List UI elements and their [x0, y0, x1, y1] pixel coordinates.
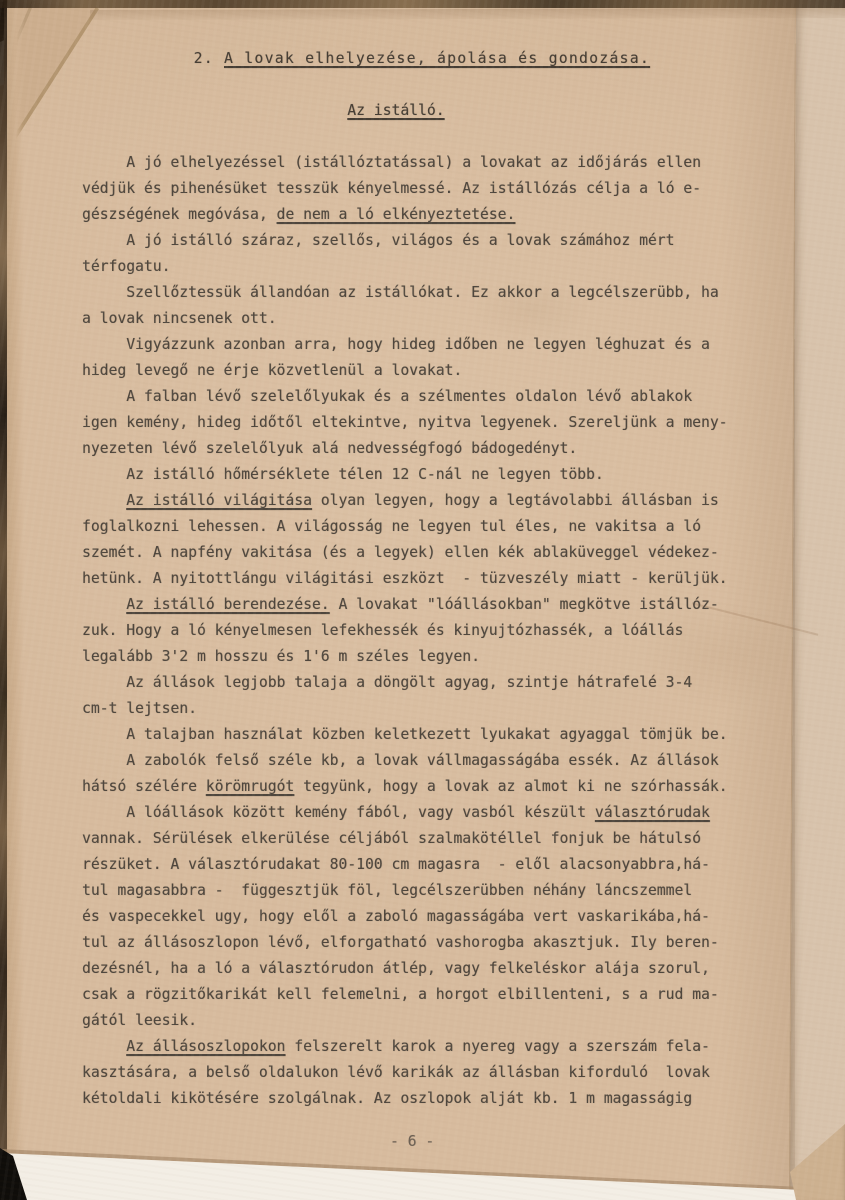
text-segment: térfogatu. — [82, 258, 170, 275]
text-line: térfogatu. — [82, 254, 802, 280]
text-line: tul magasabbra - függesztjük föl, legcél… — [82, 878, 802, 904]
scanned-page: 2. A lovak elhelyezése, ápolása és gondo… — [0, 0, 845, 1200]
text-segment — [82, 596, 126, 613]
scan-left-edge — [0, 0, 7, 1155]
text-line — [82, 72, 802, 98]
text-segment: hetünk. A nyitottlángu világitási eszköz… — [82, 570, 728, 587]
text-segment: A lóállások között kemény fából, vagy va… — [82, 804, 595, 821]
text-segment: gészségének megóvása, — [82, 206, 277, 223]
text-segment: igen kemény, hideg időtől eltekintve, ny… — [82, 414, 728, 431]
text-line: Az állások legjobb talaja a döngölt agya… — [82, 670, 802, 696]
text-segment: nyezeten lévő szelelőlyuk alá nedvességf… — [82, 440, 577, 457]
text-segment: tul magasabbra - függesztjük föl, legcél… — [82, 882, 692, 899]
text-line: a lovak nincsenek ott. — [82, 306, 802, 332]
text-segment: A lovakat "lóállásokban" megkötve istáll… — [330, 596, 719, 613]
text-line: A zabolók felső széle kb, a lovak vállma… — [82, 748, 802, 774]
text-line: hideg levegő ne érje közvetlenül a lovak… — [82, 358, 802, 384]
text-line: Vigyázzunk azonban arra, hogy hideg időb… — [82, 332, 802, 358]
underlined-text: de nem a ló elkényeztetése. — [277, 206, 516, 223]
text-line: szemét. A napfény vakitása (és a legyek)… — [82, 540, 802, 566]
text-segment: olyan legyen, hogy a legtávolabbi állásb… — [312, 492, 719, 509]
text-segment: Az állások legjobb talaja a döngölt agya… — [82, 674, 692, 691]
text-line — [82, 124, 802, 150]
text-segment: felszerelt karok a nyereg vagy a szerszá… — [285, 1038, 709, 1055]
underlined-text: Az istálló berendezése. — [126, 596, 329, 613]
text-segment: zuk. Hogy a ló kényelmesen lefekhessék é… — [82, 622, 683, 639]
text-segment: kasztására, a belső oldalukon lévő karik… — [82, 1064, 710, 1081]
doc-subtitle-line: Az istálló. — [82, 98, 802, 124]
text-line: A lóállások között kemény fából, vagy va… — [82, 800, 802, 826]
page-stack-edge — [4, 0, 24, 1158]
text-segment: legalább 3'2 m hosszu és 1'6 m széles le… — [82, 648, 480, 665]
text-line: Szellőztessük állandóan az istállókat. E… — [82, 280, 802, 306]
underlined-text: körömrugót — [206, 778, 294, 795]
text-line: részüket. A választórudakat 80-100 cm ma… — [82, 852, 802, 878]
text-line: foglalkozni lehessen. A világosság ne le… — [82, 514, 802, 540]
text-line: A falban lévő szelelőlyukak és a szélmen… — [82, 384, 802, 410]
text-line: A talajban használat közben keletkezett … — [82, 722, 802, 748]
text-line: kétoldali kikötésére szolgálnak. Az oszl… — [82, 1086, 802, 1112]
text-segment: hideg levegő ne érje közvetlenül a lovak… — [82, 362, 462, 379]
scan-top-edge — [0, 0, 845, 8]
typewritten-text: 2. A lovak elhelyezése, ápolása és gondo… — [82, 46, 802, 1112]
text-segment — [82, 102, 347, 119]
text-line: A jó elhelyezéssel (istállóztatással) a … — [82, 150, 802, 176]
text-line: kasztására, a belső oldalukon lévő karik… — [82, 1060, 802, 1086]
text-line: hátsó szélére körömrugót tegyünk, hogy a… — [82, 774, 802, 800]
text-line: legalább 3'2 m hosszu és 1'6 m széles le… — [82, 644, 802, 670]
text-segment: dezésnél, ha a ló a választórudon átlép,… — [82, 960, 710, 977]
text-line: zuk. Hogy a ló kényelmesen lefekhessék é… — [82, 618, 802, 644]
text-line: gészségének megóvása, de nem a ló elkény… — [82, 202, 802, 228]
text-segment: cm-t lejtsen. — [82, 700, 197, 717]
text-segment: részüket. A választórudakat 80-100 cm ma… — [82, 856, 710, 873]
text-segment: 2. — [82, 50, 224, 67]
text-segment: A jó elhelyezéssel (istállóztatással) a … — [82, 154, 701, 171]
text-segment: tul az állásoszlopon lévő, elforgatható … — [82, 934, 719, 951]
text-line: Az istálló hőmérséklete télen 12 C-nál n… — [82, 462, 802, 488]
text-segment: Vigyázzunk azonban arra, hogy hideg időb… — [82, 336, 710, 353]
text-segment: hátsó szélére — [82, 778, 206, 795]
page-number: - 6 - — [390, 1129, 434, 1155]
text-segment: A jó istálló száraz, szellős, világos és… — [82, 232, 674, 249]
text-line: Az istálló világitása olyan legyen, hogy… — [82, 488, 802, 514]
text-line: Az állásoszlopokon felszerelt karok a ny… — [82, 1034, 802, 1060]
text-line: hetünk. A nyitottlángu világitási eszköz… — [82, 566, 802, 592]
text-segment: A zabolók felső széle kb, a lovak vállma… — [82, 752, 719, 769]
text-segment: A talajban használat közben keletkezett … — [82, 726, 728, 743]
underlined-text: A lovak elhelyezése, ápolása és gondozás… — [224, 50, 650, 67]
text-segment — [82, 492, 126, 509]
text-line: A jó istálló száraz, szellős, világos és… — [82, 228, 802, 254]
text-segment: A falban lévő szelelőlyukak és a szélmen… — [82, 388, 692, 405]
underlined-text: Az állásoszlopokon — [126, 1038, 285, 1055]
text-segment: gától leesik. — [82, 1012, 197, 1029]
text-line: vannak. Sérülések elkerülése céljából sz… — [82, 826, 802, 852]
text-line: dezésnél, ha a ló a választórudon átlép,… — [82, 956, 802, 982]
text-line: nyezeten lévő szelelőlyuk alá nedvességf… — [82, 436, 802, 462]
text-line: igen kemény, hideg időtől eltekintve, ny… — [82, 410, 802, 436]
text-segment: szemét. A napfény vakitása (és a legyek)… — [82, 544, 719, 561]
text-segment: tegyünk, hogy a lovak az almot ki ne szó… — [294, 778, 727, 795]
underlined-text: Az istálló világitása — [126, 492, 312, 509]
text-line: tul az állásoszlopon lévő, elforgatható … — [82, 930, 802, 956]
text-segment: foglalkozni lehessen. A világosság ne le… — [82, 518, 701, 535]
doc-title-line: 2. A lovak elhelyezése, ápolása és gondo… — [82, 46, 802, 72]
text-line: gától leesik. — [82, 1008, 802, 1034]
text-segment: védjük és pihenésüket tesszük kényelmess… — [82, 180, 701, 197]
text-segment: vannak. Sérülések elkerülése céljából sz… — [82, 830, 701, 847]
text-line: védjük és pihenésüket tesszük kényelmess… — [82, 176, 802, 202]
text-segment: és vaspecekkel ugy, hogy elől a zaboló m… — [82, 908, 710, 925]
text-segment: a lovak nincsenek ott. — [82, 310, 277, 327]
text-line: csak a rögzitőkarikát kell felemelni, a … — [82, 982, 802, 1008]
text-segment: Az istálló hőmérséklete télen 12 C-nál n… — [82, 466, 604, 483]
text-segment — [82, 1038, 126, 1055]
text-line: és vaspecekkel ugy, hogy elől a zaboló m… — [82, 904, 802, 930]
underlined-text: választórudak — [595, 804, 710, 821]
text-segment: kétoldali kikötésére szolgálnak. Az oszl… — [82, 1090, 692, 1107]
text-line: Az istálló berendezése. A lovakat "lóáll… — [82, 592, 802, 618]
text-segment: csak a rögzitőkarikát kell felemelni, a … — [82, 986, 719, 1003]
text-segment: Szellőztessük állandóan az istállókat. E… — [82, 284, 719, 301]
text-line: cm-t lejtsen. — [82, 696, 802, 722]
underlined-text: Az istálló. — [347, 102, 444, 119]
